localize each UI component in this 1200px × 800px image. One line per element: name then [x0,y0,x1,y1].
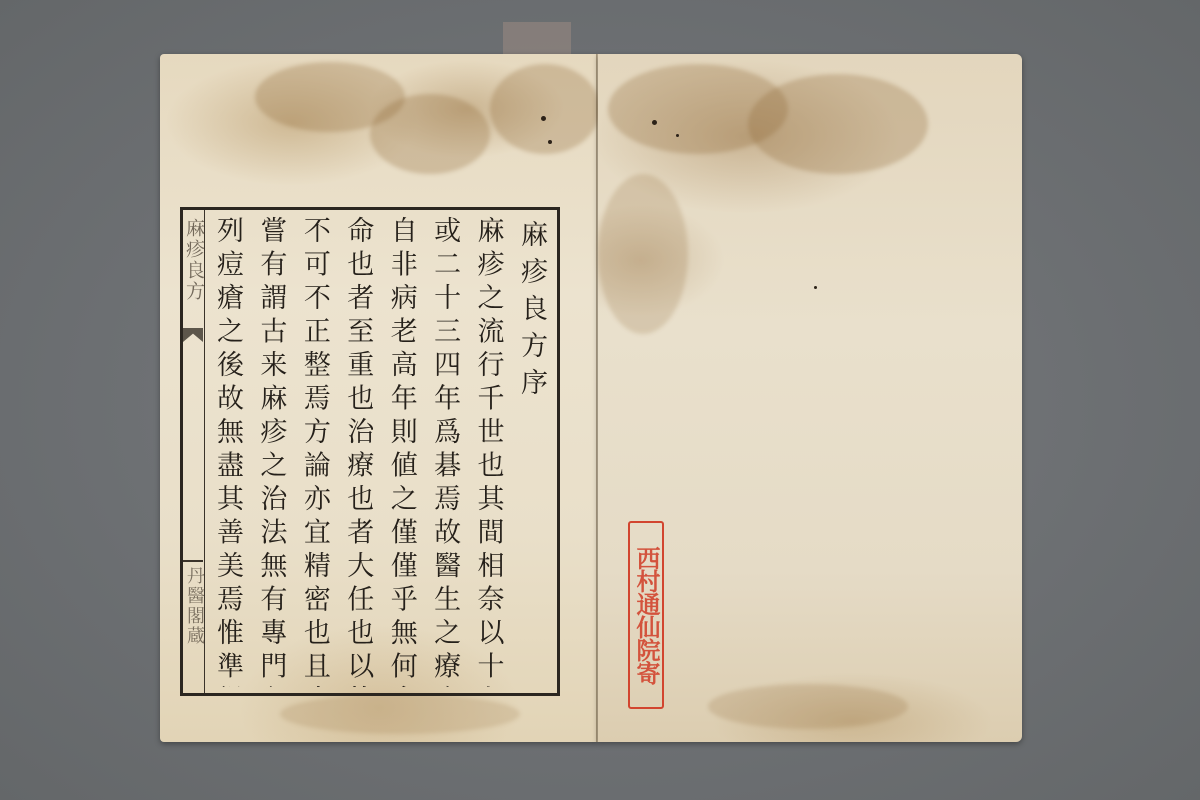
ownership-seal: 西村通仙院寄 [628,521,664,709]
text-column: 或二十三四年爲碁焉故醫生之療麻疹者 [426,216,462,687]
text-column: 列痘瘡之後故無盡其善美焉惟準縄與醫 [209,216,245,687]
water-stain [598,174,688,334]
catalog-tag [503,22,571,58]
water-stain [280,694,520,734]
water-stain [708,684,908,729]
text-column: 自非病老高年則値之僅僅乎無何矣夫人 [383,216,419,687]
text-frame: 麻疹良方 丹醫閣蔵 麻疹良方序 麻疹之流行千世也其間相奈以十七八年 或二十三四年… [180,207,560,696]
seal-text: 西村通仙院寄 [632,546,660,684]
left-page: 麻疹良方 丹醫閣蔵 麻疹良方序 麻疹之流行千世也其間相奈以十七八年 或二十三四年… [160,54,598,742]
book-spread: 麻疹良方 丹醫閣蔵 麻疹良方序 麻疹之流行千世也其間相奈以十七八年 或二十三四年… [160,54,1022,742]
water-stain [748,74,928,174]
spine-book-title: 麻疹良方 [184,218,204,302]
fishtail-mark [183,328,203,342]
ink-speck [652,120,657,125]
ink-speck [548,140,552,144]
preface-text: 麻疹良方序 麻疹之流行千世也其間相奈以十七八年 或二十三四年爲碁焉故醫生之療麻疹… [207,216,551,687]
text-column: 命也者至重也治療也者大任也以故規矩 [339,216,375,687]
spine-margin: 麻疹良方 丹醫閣蔵 [183,210,205,693]
water-stain [370,94,490,174]
spine-divider [183,560,203,562]
spine-publisher-mark: 丹醫閣蔵 [184,566,204,646]
text-column: 嘗有謂古来麻疹之治法無有專門之書多 [252,216,288,687]
ink-speck [541,116,546,121]
text-column: 麻疹之流行千世也其間相奈以十七八年 [470,216,506,687]
text-column: 不可不正整焉方論亦宜精密也且也先人 [296,216,332,687]
ink-speck [814,286,817,289]
preface-title: 麻疹良方序 [513,216,549,687]
ink-speck [676,134,679,137]
water-stain [490,64,600,154]
